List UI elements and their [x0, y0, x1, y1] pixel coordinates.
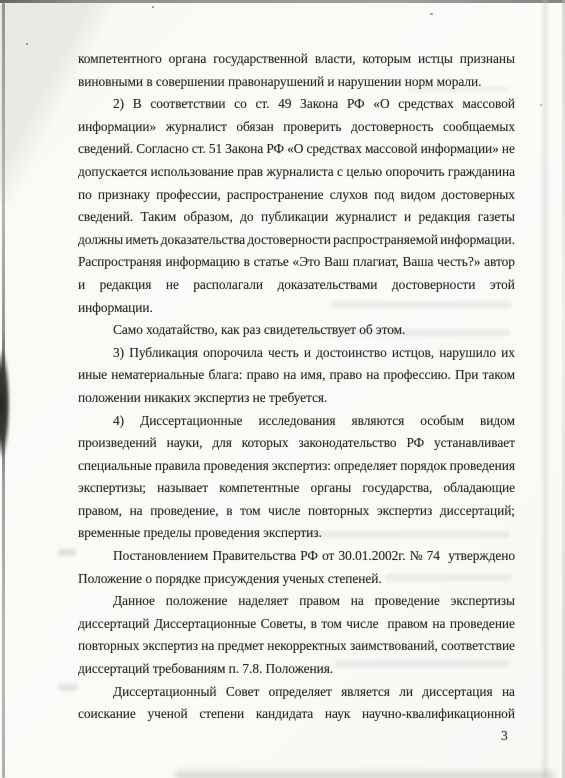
- text-line: иныенематериальныеблага:правонаимя,право…: [78, 367, 515, 390]
- text-line: 3)Публикацияопорочилачестьидостоинствоис…: [78, 345, 515, 368]
- text-line: временные пределы проведения экспертиз.: [78, 525, 515, 548]
- scan-smudge-bottom: [175, 771, 555, 778]
- text-line: Распространяяинформациювстатье«ЭтоВашпла…: [78, 254, 515, 277]
- text-line: диссертацийДиссертационныеСоветы,втомчис…: [78, 616, 515, 639]
- text-line: правом,напроведение,втомчислеповторныхэк…: [78, 503, 515, 526]
- dust-speck: [540, 104, 542, 106]
- bleed-through-artifact: [58, 684, 78, 691]
- text-line: положении никаких экспертиз не требуется…: [78, 390, 515, 413]
- text-line: информации»журналистобязанпроверитьдосто…: [78, 119, 515, 142]
- text-line: специальныеправилапроведенияэкспертиз:оп…: [78, 458, 515, 481]
- text-line: попризнакупрофессии,распространениеслухо…: [78, 187, 515, 210]
- text-line: должныиметьдоказательствадостоверностира…: [78, 232, 515, 255]
- document-text-block: компетентногоорганагосударственнойвласти…: [78, 51, 515, 729]
- text-line: Данноеположениенаделяетправомнапроведени…: [78, 593, 515, 616]
- page-number: 3: [501, 728, 508, 744]
- text-line: допускаетсяиспользованиеправжурналистасц…: [78, 164, 515, 187]
- bleed-through-artifact: [58, 549, 76, 556]
- text-line: 2)Всоответствиисост.49ЗаконаРФ«Осредства…: [78, 96, 515, 119]
- scanned-document-page: компетентногоорганагосударственнойвласти…: [0, 0, 565, 778]
- dust-speck: [26, 43, 28, 45]
- text-line: диссертаций требованиям п. 7.8. Положени…: [78, 661, 515, 684]
- dust-speck: [152, 6, 154, 8]
- text-line: ПостановлениемПравительстваРФот30.01.200…: [78, 548, 515, 571]
- text-line: произведенийнауки,длякоторыхзаконодатель…: [78, 435, 515, 458]
- text-line: иредакциянерасполагалидоказательствамидо…: [78, 277, 515, 300]
- text-line: компетентногоорганагосударственнойвласти…: [78, 51, 515, 74]
- text-line: соисканиеученойстепеникандидатанаукнаучн…: [78, 706, 515, 729]
- text-line: Само ходатайство, как раз свидетельствуе…: [78, 322, 515, 345]
- scan-shadow-bulge: [0, 350, 10, 458]
- text-line: ДиссертационныйСоветопределяетявляетсяли…: [78, 684, 515, 707]
- text-line: повторныхэкспертизнапредметнекорректныхз…: [78, 638, 515, 661]
- scan-crease-right: [540, 0, 550, 778]
- text-line: сведений.Согласност.51ЗаконаРФ«Осредства…: [78, 141, 515, 164]
- dust-speck: [430, 13, 433, 15]
- scan-edge-top: [0, 0, 565, 3]
- text-line: сведений.Такимобразом,допубликациижурнал…: [78, 209, 515, 232]
- text-line: Положение о порядке присуждения ученых с…: [78, 571, 515, 594]
- text-line: экспертизы;называеткомпетентныеорганыгос…: [78, 480, 515, 503]
- text-line: виновными в совершении правонарушений и …: [78, 74, 515, 97]
- text-line: 4)Диссертационныеисследованияявляютсяосо…: [78, 413, 515, 436]
- text-line: информации.: [78, 300, 515, 323]
